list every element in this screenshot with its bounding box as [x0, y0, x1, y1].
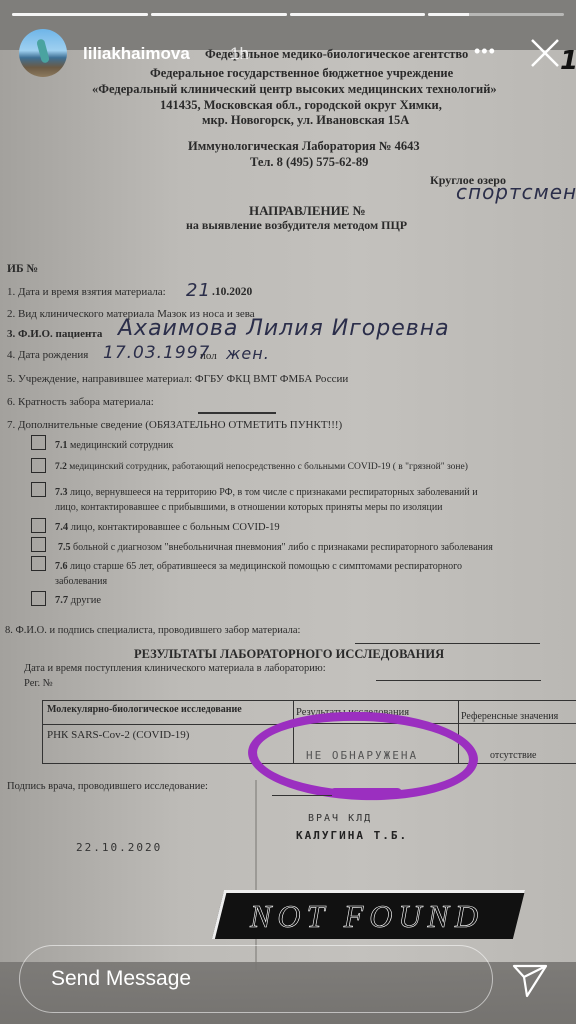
- option-7-3-line-2: лицо, контактировавшее с прибывшими, в о…: [55, 503, 443, 513]
- checkbox-7-4: [31, 518, 46, 533]
- option-7-6: 7.6 лицо старше 65 лет, обратившееся за …: [55, 562, 462, 572]
- story-photo: Федеральное медико-биологическое агентст…: [0, 0, 576, 1024]
- doc-header-line-3: «Федеральный клинический центр высоких м…: [92, 83, 497, 96]
- location-handwriting: спортсмен: [456, 180, 576, 204]
- option-7-6-line-2: заболевания: [55, 577, 107, 587]
- patient-name-handwriting: Ахаимова Лилия Игоревна: [118, 316, 450, 341]
- sex-handwriting: жен.: [226, 344, 270, 363]
- close-icon[interactable]: [528, 36, 562, 70]
- birth-date-handwriting: 17.03.1997: [103, 343, 210, 363]
- highlight-circle-tail: [330, 788, 402, 797]
- signature-line: [272, 795, 332, 796]
- field-8: 8. Ф.И.О. и подпись специалиста, проводи…: [5, 626, 300, 637]
- lab-name: Иммунологическая Лаборатория № 4643: [188, 140, 420, 153]
- option-7-5: 7.5 больной с диагнозом "внебольничная п…: [58, 543, 493, 553]
- progress-fill: [428, 13, 469, 16]
- avatar-figure: [36, 38, 50, 63]
- received-line: [376, 680, 541, 681]
- field-1-value: .10.2020: [212, 287, 252, 299]
- field-1-handwriting: 21: [186, 280, 211, 301]
- signature-label: Подпись врача, проводившего исследование…: [7, 782, 208, 793]
- field-6: 6. Кратность забора материала:: [7, 397, 154, 408]
- checkbox-7-7: [31, 591, 46, 606]
- field-1-label: 1. Дата и время взятия материала:: [7, 287, 166, 298]
- field-3-label: 3. Ф.И.О. пациента: [7, 329, 102, 340]
- checkbox-7-1: [31, 435, 46, 450]
- option-7-7: 7.7 другие: [55, 596, 101, 607]
- reg-number: Рег. №: [24, 679, 53, 690]
- checkbox-7-2: [31, 458, 46, 473]
- sex-label: пол: [200, 351, 217, 362]
- field-7: 7. Дополнительные сведение (ОБЯЗАТЕЛЬНО …: [7, 420, 342, 431]
- results-title: РЕЗУЛЬТАТЫ ЛАБОРАТОРНОГО ИССЛЕДОВАНИЯ: [134, 648, 444, 661]
- corner-handwriting: 1: [560, 46, 576, 76]
- checkbox-7-5: [31, 537, 46, 552]
- lab-phone: Тел. 8 (495) 575-62-89: [250, 156, 368, 169]
- post-time: 1h: [230, 44, 249, 64]
- progress-segment: [290, 13, 426, 16]
- table-cell-study: РНК SARS-Cov-2 (COVID-19): [47, 730, 189, 741]
- doc-title: НАПРАВЛЕНИЕ №: [249, 204, 366, 217]
- option-7-1: 7.1 медицинский сотрудник: [55, 441, 173, 451]
- field-6-line: [198, 412, 276, 414]
- doctor-name: КАЛУГИНА Т.Б.: [296, 829, 408, 842]
- doc-header-line-2: Федеральное государственное бюджетное уч…: [150, 67, 453, 80]
- date-stamp: 22.10.2020: [76, 841, 162, 854]
- send-direct-icon[interactable]: [511, 963, 549, 999]
- progress-segment: [428, 13, 564, 16]
- option-7-3: 7.3 лицо, вернувшееся на территорию РФ, …: [55, 488, 478, 498]
- field-8-line: [355, 643, 540, 644]
- checkbox-7-3: [31, 482, 46, 497]
- table-header-reference: Референсные значения: [461, 711, 561, 723]
- doc-header-line-5: мкр. Новогорск, ул. Ивановская 15А: [202, 114, 409, 127]
- not-found-sticker: NOT FOUND: [218, 890, 516, 936]
- option-7-2: 7.2 медицинский сотрудник, работающий не…: [55, 463, 468, 473]
- send-message-input[interactable]: Send Message: [19, 945, 493, 1013]
- table-cell-reference: отсутствие: [490, 751, 536, 761]
- doc-subtitle: на выявление возбудителя методом ПЦР: [186, 219, 407, 231]
- received-label: Дата и время поступления клинического ма…: [24, 664, 326, 675]
- paper-crease: [255, 780, 257, 970]
- send-message-placeholder: Send Message: [51, 967, 191, 991]
- field-5: 5. Учреждение, направившее материал: ФГБ…: [7, 374, 348, 385]
- progress-fill: [290, 13, 426, 16]
- progress-fill: [12, 13, 148, 16]
- checkbox-7-6: [31, 556, 46, 571]
- ib-number: ИБ №: [7, 264, 38, 276]
- field-4-label: 4. Дата рождения: [7, 350, 88, 361]
- progress-fill: [151, 13, 287, 16]
- option-7-4: 7.4 лицо, контактировавшее с больным COV…: [55, 523, 280, 534]
- progress-segment: [12, 13, 148, 16]
- more-options-icon[interactable]: •••: [474, 41, 496, 62]
- table-header-study: Молекулярно-биологическое исследование: [47, 704, 247, 715]
- username[interactable]: liliakhaimova: [83, 44, 190, 64]
- doctor-title: ВРАЧ КЛД: [308, 813, 372, 824]
- progress-segment: [151, 13, 287, 16]
- story-progress: [12, 13, 564, 16]
- avatar[interactable]: [19, 29, 67, 77]
- doc-header-line-4: 141435, Московская обл., городской округ…: [160, 99, 442, 112]
- sticker-text: NOT FOUND: [218, 898, 516, 935]
